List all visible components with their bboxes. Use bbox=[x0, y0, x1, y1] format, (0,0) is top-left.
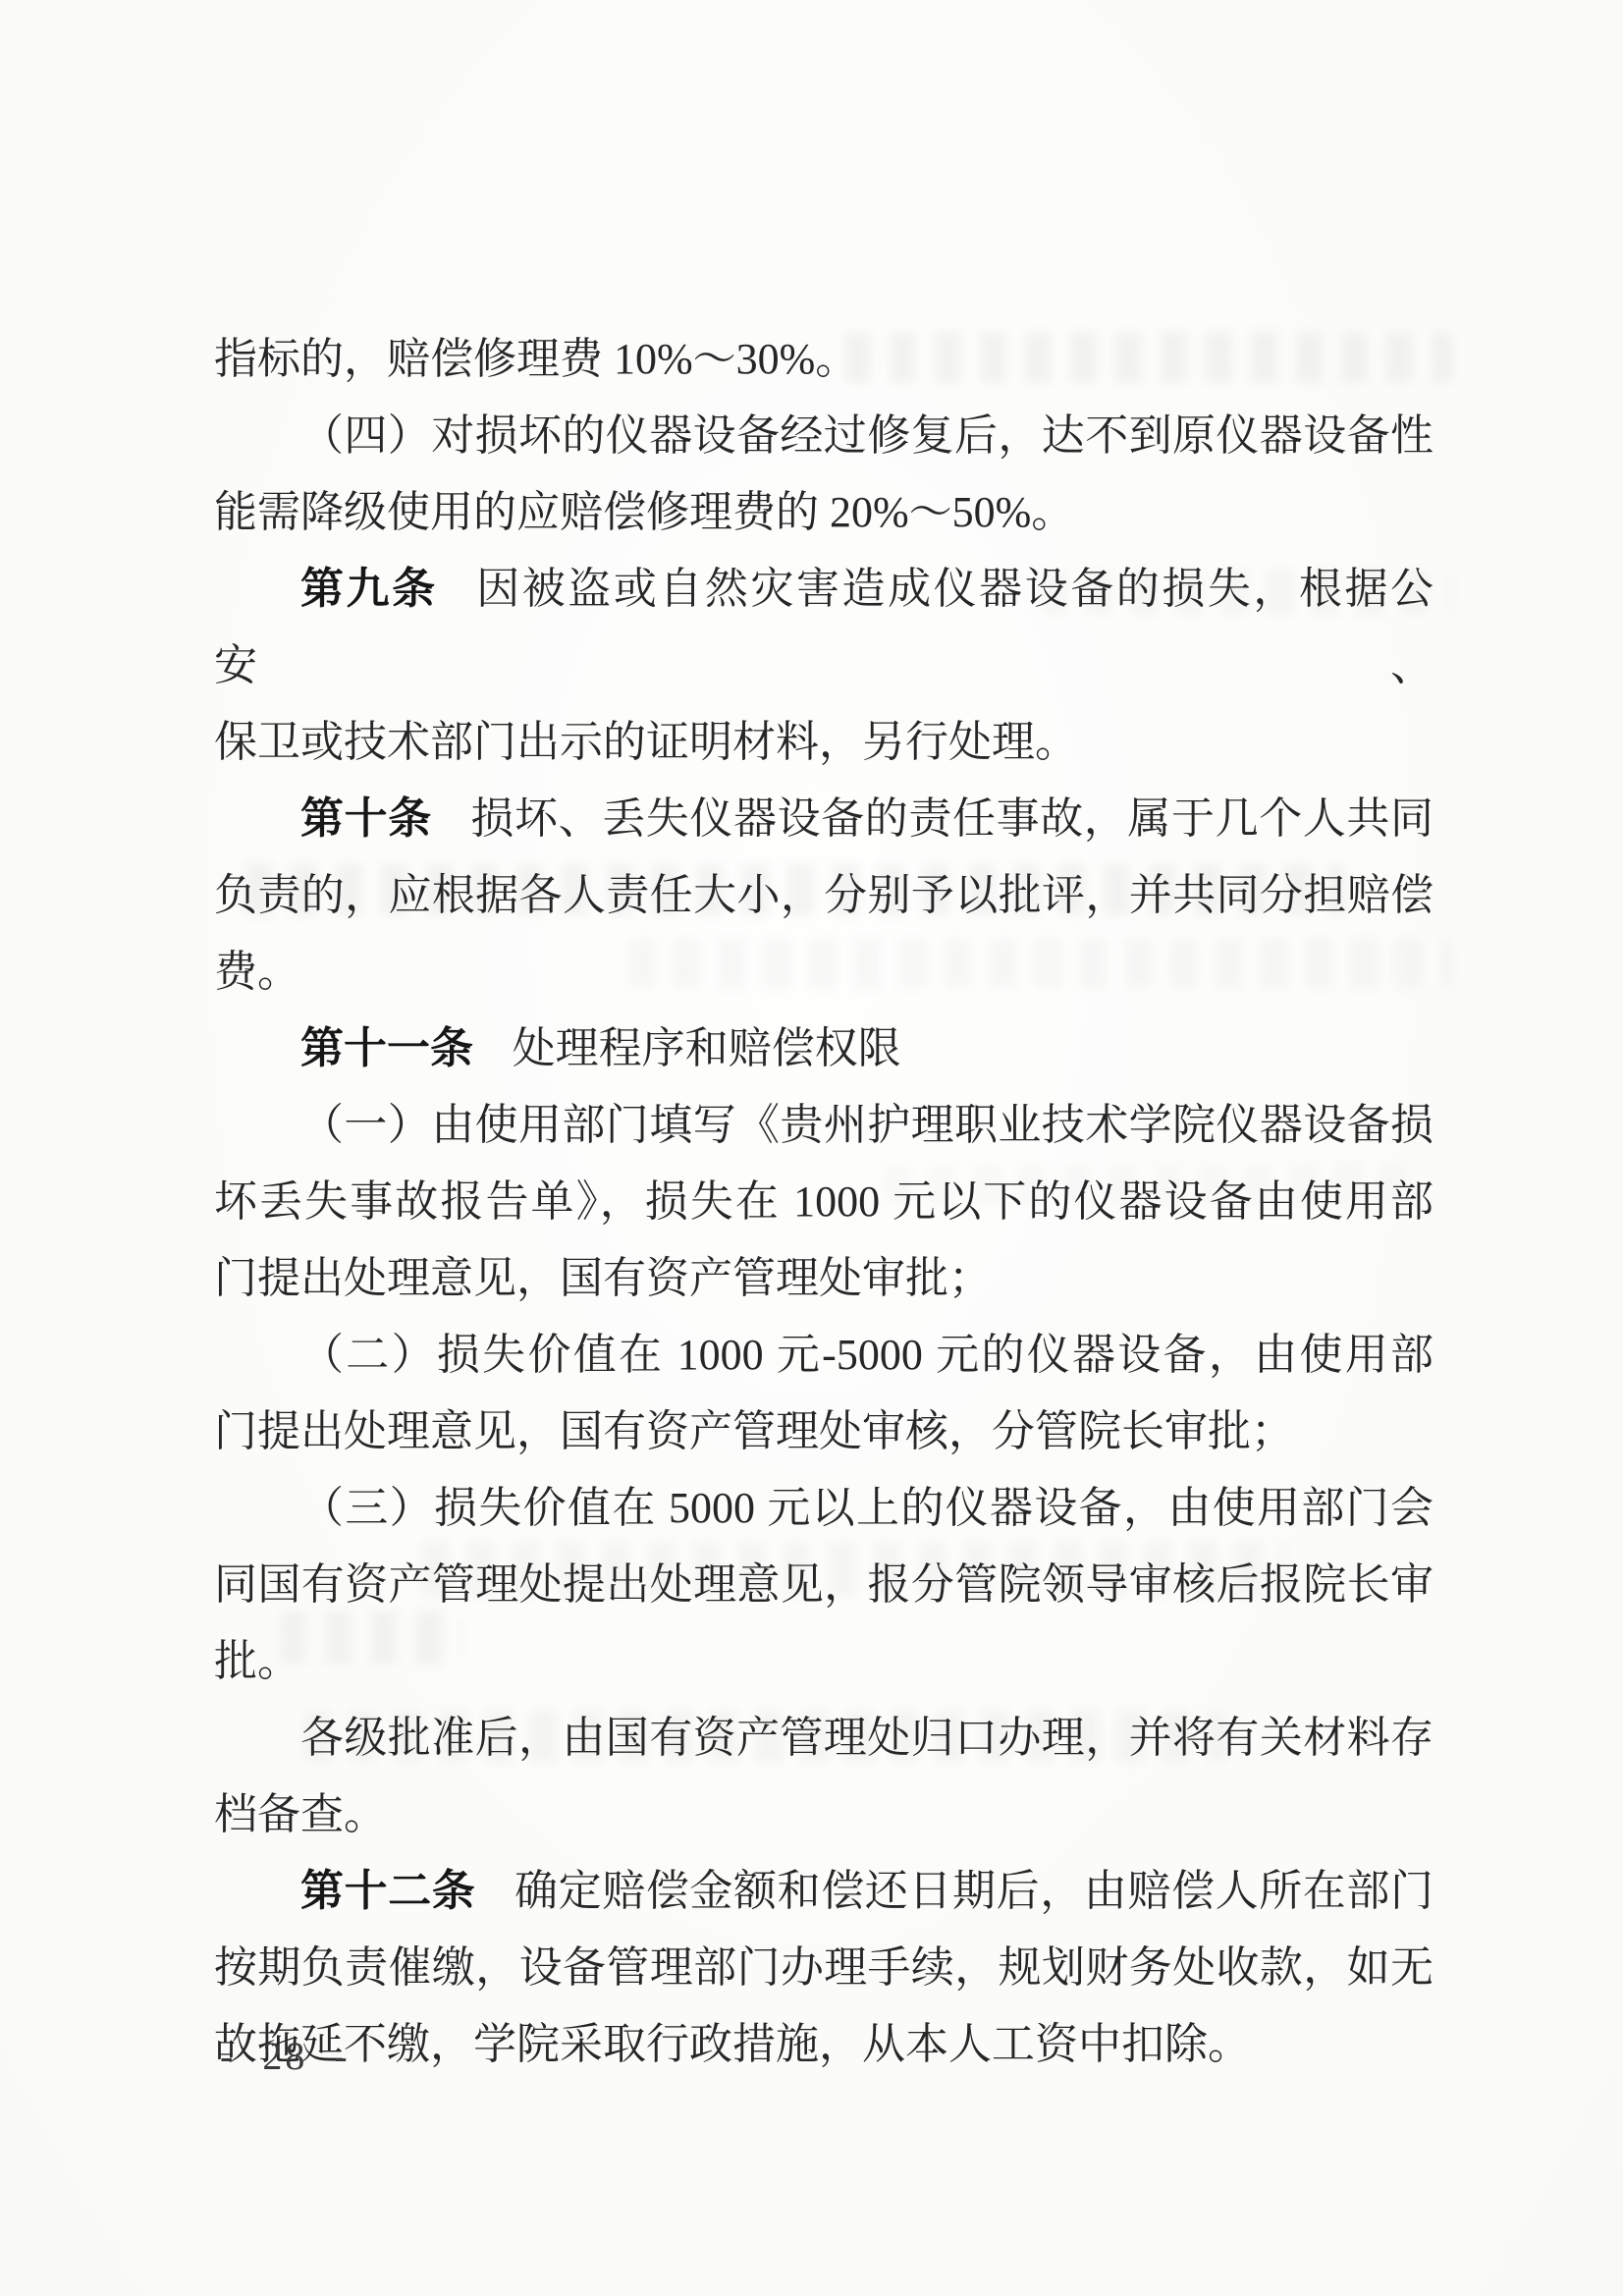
text-line: （三）损失价值在 5000 元以上的仪器设备，由使用部门会 bbox=[214, 1470, 1434, 1547]
text-line: 第九条因被盗或自然灾害造成仪器设备的损失，根据公安、 bbox=[214, 551, 1434, 704]
paragraph-repair-fee-continuation: 指标的，赔偿修理费 10%～30%。 bbox=[214, 321, 1434, 398]
text-column: 指标的，赔偿修理费 10%～30%。 （四）对损坏的仪器设备经过修复后，达不到原… bbox=[214, 321, 1434, 2083]
paragraph-article-11: 第十一条处理程序和赔偿权限 bbox=[214, 1011, 1434, 1087]
page-number: - 28 - bbox=[220, 2035, 351, 2078]
text-line: 同国有资产管理处提出处理意见，报分管院领导审核后报院长审 bbox=[214, 1547, 1434, 1623]
text-line: 费。 bbox=[214, 934, 1434, 1011]
text-line: （四）对损坏的仪器设备经过修复后，达不到原仪器设备性 bbox=[214, 398, 1434, 474]
paragraph-item-1: （一）由使用部门填写《贵州护理职业技术学院仪器设备损 坏丢失事故报告单》，损失在… bbox=[214, 1087, 1434, 1317]
text-line: 门提出处理意见，国有资产管理处审批； bbox=[214, 1240, 1434, 1317]
text-line: 档备查。 bbox=[214, 1777, 1434, 1853]
article-12-number: 第十二条 bbox=[300, 1867, 475, 1915]
paragraph-article-12: 第十二条确定赔偿金额和偿还日期后，由赔偿人所在部门 按期负责催缴，设备管理部门办… bbox=[214, 1853, 1434, 2083]
text-line: 第十二条确定赔偿金额和偿还日期后，由赔偿人所在部门 bbox=[214, 1853, 1434, 1930]
text-line: 故拖延不缴，学院采取行政措施，从本人工资中扣除。 bbox=[214, 2006, 1434, 2083]
text-line: 第十条损坏、丢失仪器设备的责任事故，属于几个人共同 bbox=[214, 781, 1434, 857]
paragraph-article-10: 第十条损坏、丢失仪器设备的责任事故，属于几个人共同 负责的，应根据各人责任大小，… bbox=[214, 781, 1434, 1011]
paragraph-item-3: （三）损失价值在 5000 元以上的仪器设备，由使用部门会 同国有资产管理处提出… bbox=[214, 1470, 1434, 1700]
paragraph-item-4: （四）对损坏的仪器设备经过修复后，达不到原仪器设备性 能需降级使用的应赔偿修理费… bbox=[214, 398, 1434, 551]
text-line: 第十一条处理程序和赔偿权限 bbox=[214, 1011, 1434, 1087]
text-line: 坏丢失事故报告单》，损失在 1000 元以下的仪器设备由使用部 bbox=[214, 1164, 1434, 1240]
article-12-text: 确定赔偿金额和偿还日期后，由赔偿人所在部门 bbox=[514, 1867, 1434, 1915]
text-line: 门提出处理意见，国有资产管理处审核，分管院长审批； bbox=[214, 1394, 1434, 1470]
document-page: 指标的，赔偿修理费 10%～30%。 （四）对损坏的仪器设备经过修复后，达不到原… bbox=[0, 0, 1623, 2296]
article-10-number: 第十条 bbox=[300, 794, 432, 843]
text-line: 负责的，应根据各人责任大小，分别予以批评，并共同分担赔偿 bbox=[214, 857, 1434, 934]
article-11-number: 第十一条 bbox=[300, 1024, 473, 1072]
paragraph-item-2: （二）损失价值在 1000 元-5000 元的仪器设备，由使用部 门提出处理意见… bbox=[214, 1317, 1434, 1470]
text-line: （二）损失价值在 1000 元-5000 元的仪器设备，由使用部 bbox=[214, 1317, 1434, 1394]
article-9-number: 第九条 bbox=[300, 565, 438, 613]
article-10-text: 损坏、丢失仪器设备的责任事故，属于几个人共同 bbox=[470, 794, 1434, 843]
text-line: 指标的，赔偿修理费 10%～30%。 bbox=[214, 321, 1434, 398]
text-line: 按期负责催缴，设备管理部门办理手续，规划财务处收款，如无 bbox=[214, 1930, 1434, 2006]
text-line: 各级批准后，由国有资产管理处归口办理，并将有关材料存 bbox=[214, 1700, 1434, 1777]
text-line: 批。 bbox=[214, 1623, 1434, 1700]
text-line: 能需降级使用的应赔偿修理费的 20%～50%。 bbox=[214, 474, 1434, 551]
article-11-text: 处理程序和赔偿权限 bbox=[513, 1024, 901, 1072]
text-line: 保卫或技术部门出示的证明材料，另行处理。 bbox=[214, 704, 1434, 781]
paragraph-article-9: 第九条因被盗或自然灾害造成仪器设备的损失，根据公安、 保卫或技术部门出示的证明材… bbox=[214, 551, 1434, 781]
paragraph-approval-filing: 各级批准后，由国有资产管理处归口办理，并将有关材料存 档备查。 bbox=[214, 1700, 1434, 1853]
text-line: （一）由使用部门填写《贵州护理职业技术学院仪器设备损 bbox=[214, 1087, 1434, 1164]
